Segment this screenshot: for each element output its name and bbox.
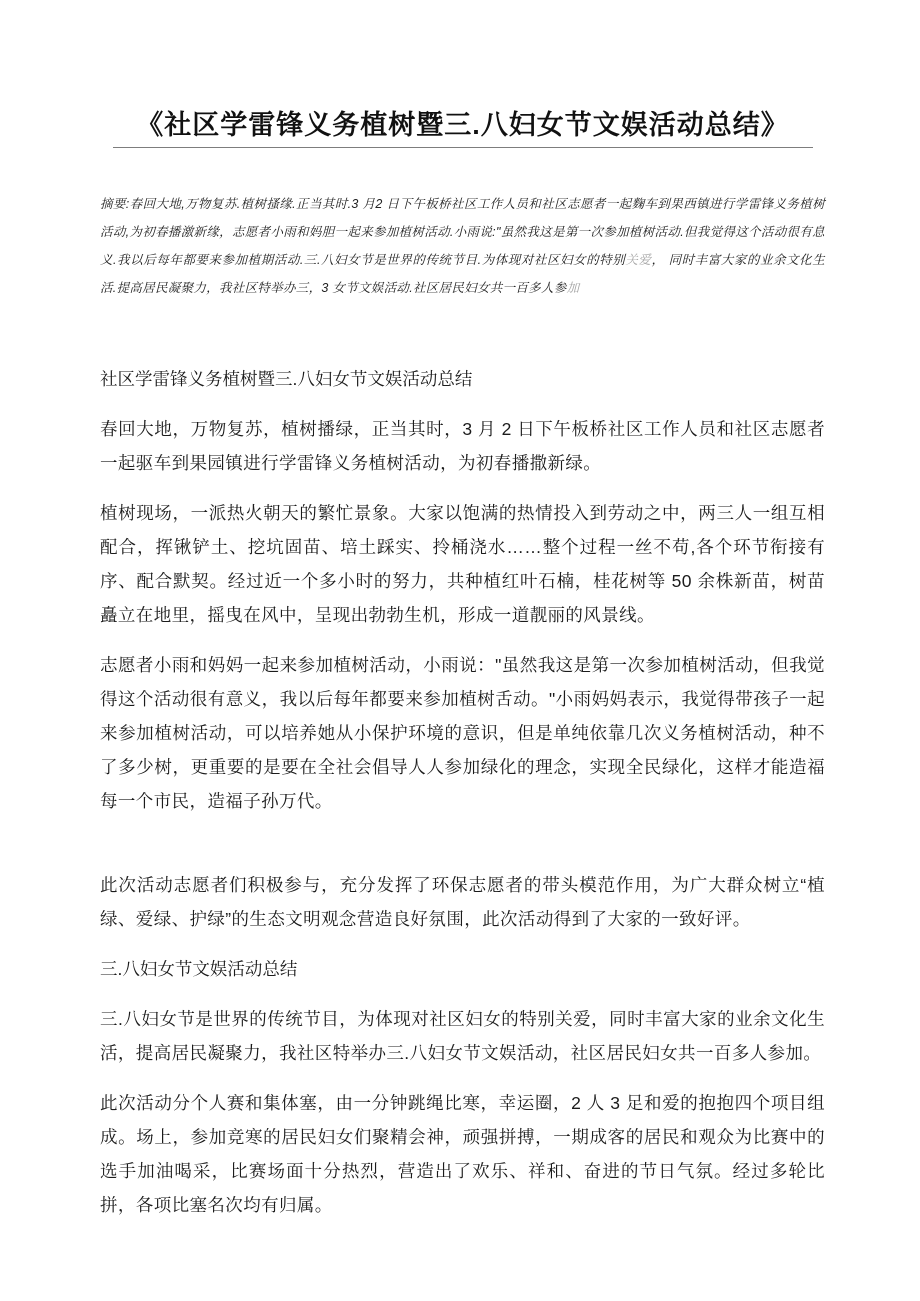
document-title: 《社区学雷锋义务植树暨三.八妇女节文娱活动总结》 [100, 0, 825, 142]
section-heading: 三.八妇女节文娱活动总结 [100, 952, 825, 986]
document-body: 社区学雷锋义务植树暨三.八妇女节文娱活动总结春回大地，万物复苏，植树播绿，正当其… [100, 362, 825, 1222]
body-paragraph: 春回大地，万物复苏，植树播绿，正当其时，3 月 2 日下午板桥社区工作人员和社区… [100, 412, 825, 480]
body-paragraph: 植树现场，一派热火朝天的繁忙景象。大家以饱满的热情投入到劳动之中，两三人一组互相… [100, 496, 825, 632]
abstract-segment-muted: 关爱 [625, 253, 651, 267]
title-underline [113, 147, 813, 148]
document-page: 《社区学雷锋义务植树暨三.八妇女节文娱活动总结》 摘要:春回大地,万物复苏.植树… [0, 0, 920, 1301]
body-paragraph: 志愿者小雨和妈妈一起来参加植树活动，小雨说："虽然我这是第一次参加植树活动，但我… [100, 648, 825, 818]
body-paragraph: 此次活动志愿者们积极参与，充分发挥了环保志愿者的带头模范作用，为广大群众树立“植… [100, 868, 825, 936]
section-heading: 社区学雷锋义务植树暨三.八妇女节文娱活动总结 [100, 362, 825, 396]
abstract-segment-muted: 加 [567, 281, 580, 295]
abstract-paragraph: 摘要:春回大地,万物复苏.植树搔缘.正当其时.3 月2 日下午板桥社区工作人员和… [100, 190, 825, 302]
body-paragraph: 三.八妇女节是世界的传统节目，为体现对社区妇女的特别关爱，同时丰富大家的业余文化… [100, 1002, 825, 1070]
body-paragraph: 此次活动分个人赛和集体塞，由一分钟跳绳比寒，幸运圈，2 人 3 足和爱的抱抱四个… [100, 1086, 825, 1222]
